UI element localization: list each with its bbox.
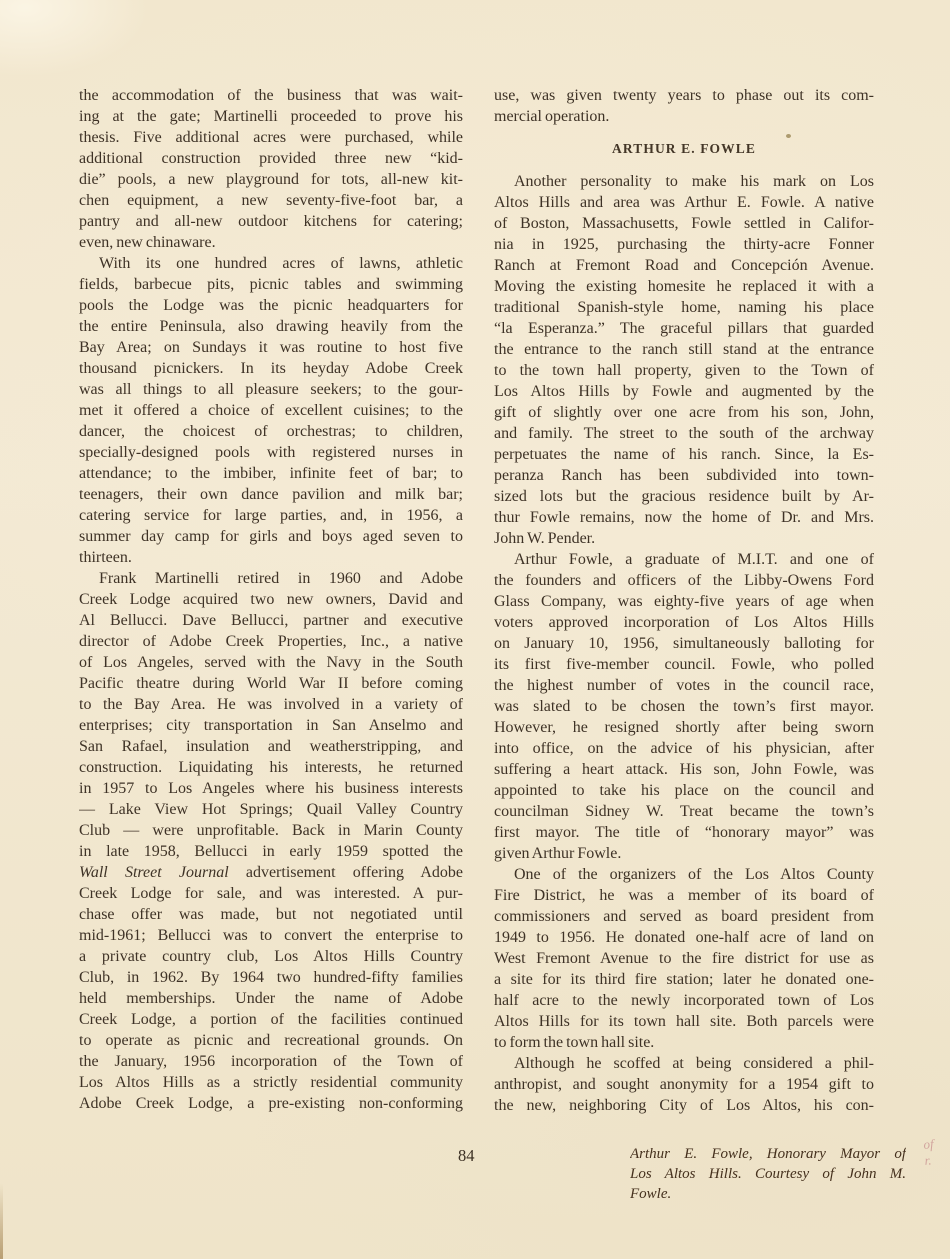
- text-line: Moving the existing homesite he replaced…: [494, 276, 874, 297]
- text-line: perpetuates the name of his ranch. Since…: [494, 444, 874, 465]
- text-line: anthropist, and sought anonymity for a 1…: [494, 1074, 874, 1095]
- text-line: half acre to the newly incorporated town…: [494, 990, 874, 1011]
- text-line: Altos Hills and area was Arthur E. Fowle…: [494, 192, 874, 213]
- text-line: of Boston, Massachusetts, Fowle settled …: [494, 213, 874, 234]
- text-line: thesis. Five additional acres were purch…: [79, 127, 463, 148]
- section-heading: ARTHUR E. FOWLE: [494, 127, 874, 171]
- text-line: With its one hundred acres of lawns, ath…: [79, 253, 463, 274]
- text-line: attendance; to the imbiber, infinite fee…: [79, 463, 463, 484]
- text-line: a site for its third fire station; later…: [494, 969, 874, 990]
- text-line: the highest number of votes in the counc…: [494, 675, 874, 696]
- text-line: the new, neighboring City of Los Altos, …: [494, 1095, 874, 1116]
- text-line: voters approved incorporation of Los Alt…: [494, 612, 874, 633]
- text-line: to operate as picnic and recreational gr…: [79, 1030, 463, 1051]
- text-line: Altos Hills for its town hall site. Both…: [494, 1011, 874, 1032]
- text-line: to the Bay Area. He was involved in a va…: [79, 694, 463, 715]
- text-line: met it offered a choice of excellent cui…: [79, 400, 463, 421]
- text-line: the founders and officers of the Libby-O…: [494, 570, 874, 591]
- text-line: Los Altos Hills. Courtesy of John M.: [630, 1164, 906, 1184]
- text-line: Al Bellucci. Dave Bellucci, partner and …: [79, 610, 463, 631]
- text-line: dancer, the choicest of orchestras; to c…: [79, 421, 463, 442]
- text-line: teenagers, their own dance pavilion and …: [79, 484, 463, 505]
- text-line: Wall Street Journal advertisement offeri…: [79, 862, 463, 883]
- text-line: Arthur E. Fowle, Honorary Mayor of: [630, 1144, 906, 1164]
- right-column-body: Another personality to make his mark on …: [494, 171, 874, 1116]
- text-line: in late 1958, Bellucci in early 1959 spo…: [79, 841, 463, 862]
- text-line: of Los Angeles, served with the Navy in …: [79, 652, 463, 673]
- text-line: die” pools, a new playground for tots, a…: [79, 169, 463, 190]
- text-line: Creek Lodge for sale, and was interested…: [79, 883, 463, 904]
- text-line: Club — were unprofitable. Back in Marin …: [79, 820, 463, 841]
- text-line: the entire Peninsula, also drawing heavi…: [79, 316, 463, 337]
- text-line: councilman Sidney W. Treat became the to…: [494, 801, 874, 822]
- ink-bleed-bottom: r.: [924, 1151, 950, 1169]
- photo-caption: Arthur E. Fowle, Honorary Mayor ofLos Al…: [630, 1144, 906, 1204]
- text-line: use, was given twenty years to phase out…: [494, 85, 874, 106]
- text-line: fields, barbecue pits, picnic tables and…: [79, 274, 463, 295]
- text-line: was all things to all pleasure seekers; …: [79, 379, 463, 400]
- text-line: Los Altos Hills as a strictly residentia…: [79, 1072, 463, 1093]
- book-page: the accommodation of the business that w…: [0, 0, 950, 1259]
- text-line: Bay Area; on Sundays it was routine to h…: [79, 337, 463, 358]
- text-line: mercial operation.: [494, 106, 874, 127]
- text-line: Fire District, he was a member of its bo…: [494, 885, 874, 906]
- text-line: and family. The street to the south of t…: [494, 423, 874, 444]
- text-line: Creek Lodge acquired two new owners, Dav…: [79, 589, 463, 610]
- text-line: Fowle.: [630, 1184, 906, 1204]
- text-line: was slated to be chosen the town’s first…: [494, 696, 874, 717]
- text-line: held memberships. Under the name of Adob…: [79, 988, 463, 1009]
- text-line: thousand picnickers. In its heyday Adobe…: [79, 358, 463, 379]
- text-line: thirteen.: [79, 547, 463, 568]
- text-line: pools the Lodge was the picnic headquart…: [79, 295, 463, 316]
- page-edge-shadow: [0, 1183, 3, 1259]
- text-line: the January, 1956 incorporation of the T…: [79, 1051, 463, 1072]
- text-line: pantry and all-new outdoor kitchens for …: [79, 211, 463, 232]
- text-line: even, new chinaware.: [79, 232, 463, 253]
- text-line: ing at the gate; Martinelli proceeded to…: [79, 106, 463, 127]
- text-line: sized lots but the gracious residence bu…: [494, 486, 874, 507]
- text-line: — Lake View Hot Springs; Quail Valley Co…: [79, 799, 463, 820]
- italic-text: Wall Street Journal: [79, 864, 229, 881]
- text-line: One of the organizers of the Los Altos C…: [494, 864, 874, 885]
- ink-bleed-top: of: [923, 1135, 950, 1153]
- page-number: 84: [458, 1146, 475, 1166]
- text-line: Frank Martinelli retired in 1960 and Ado…: [79, 568, 463, 589]
- text-line: thur Fowle remains, now the home of Dr. …: [494, 507, 874, 528]
- text-line: construction. Liquidating his interests,…: [79, 757, 463, 778]
- text-line: Club, in 1962. By 1964 two hundred-fifty…: [79, 967, 463, 988]
- text-line: Although he scoffed at being considered …: [494, 1053, 874, 1074]
- text-line: San Rafael, insulation and weatherstripp…: [79, 736, 463, 757]
- text-line: Pacific theatre during World War II befo…: [79, 673, 463, 694]
- text-line: “la Esperanza.” The graceful pillars tha…: [494, 318, 874, 339]
- text-line: chen equipment, a new seventy-five-foot …: [79, 190, 463, 211]
- text-line: on January 10, 1956, simultaneously ball…: [494, 633, 874, 654]
- right-column: use, was given twenty years to phase out…: [494, 85, 874, 1116]
- text-line: given Arthur Fowle.: [494, 843, 874, 864]
- text-line: Another personality to make his mark on …: [494, 171, 874, 192]
- text-line: additional construction provided three n…: [79, 148, 463, 169]
- text-line: Adobe Creek Lodge, a pre-existing non-co…: [79, 1093, 463, 1114]
- text-line: the accommodation of the business that w…: [79, 85, 463, 106]
- text-line: into office, on the advice of his physic…: [494, 738, 874, 759]
- text-line: Glass Company, was eighty-five years of …: [494, 591, 874, 612]
- text-line: enterprises; city transportation in San …: [79, 715, 463, 736]
- text-line: specially-designed pools with registered…: [79, 442, 463, 463]
- text-line: nia in 1925, purchasing the thirty-acre …: [494, 234, 874, 255]
- text-line: commissioners and served as board presid…: [494, 906, 874, 927]
- text-line: mid-1961; Bellucci was to convert the en…: [79, 925, 463, 946]
- text-line: Los Altos Hills by Fowle and augmented b…: [494, 381, 874, 402]
- text-line: appointed to take his place on the counc…: [494, 780, 874, 801]
- text-line: to form the town hall site.: [494, 1032, 874, 1053]
- text-line: However, he resigned shortly after being…: [494, 717, 874, 738]
- text-line: 1949 to 1956. He donated one-half acre o…: [494, 927, 874, 948]
- text-line: Arthur Fowle, a graduate of M.I.T. and o…: [494, 549, 874, 570]
- text-line: gift of slightly over one acre from his …: [494, 402, 874, 423]
- left-column: the accommodation of the business that w…: [79, 85, 463, 1114]
- text-line: West Fremont Avenue to the fire district…: [494, 948, 874, 969]
- text-line: John W. Pender.: [494, 528, 874, 549]
- text-line: to the town hall property, given to the …: [494, 360, 874, 381]
- text-line: peranza Ranch has been subdivided into t…: [494, 465, 874, 486]
- text-line: summer day camp for girls and boys aged …: [79, 526, 463, 547]
- text-line: catering service for large parties, and,…: [79, 505, 463, 526]
- text-line: in 1957 to Los Angeles where his busines…: [79, 778, 463, 799]
- text-line: traditional Spanish-style home, naming h…: [494, 297, 874, 318]
- right-column-intro: use, was given twenty years to phase out…: [494, 85, 874, 127]
- text-line: director of Adobe Creek Properties, Inc.…: [79, 631, 463, 652]
- ink-bleed-through: of r.: [923, 1135, 950, 1169]
- text-line: Creek Lodge, a portion of the facilities…: [79, 1009, 463, 1030]
- text-line: Ranch at Fremont Road and Concepción Ave…: [494, 255, 874, 276]
- text-line: first mayor. The title of “honorary mayo…: [494, 822, 874, 843]
- text-line: a private country club, Los Altos Hills …: [79, 946, 463, 967]
- text-line: its first five-member council. Fowle, wh…: [494, 654, 874, 675]
- text-line: the entrance to the ranch still stand at…: [494, 339, 874, 360]
- text-line: chase offer was made, but not negotiated…: [79, 904, 463, 925]
- text-line: suffering a heart attack. His son, John …: [494, 759, 874, 780]
- text-segment: advertisement offering Adobe: [229, 864, 463, 881]
- paper-speck: [786, 134, 791, 138]
